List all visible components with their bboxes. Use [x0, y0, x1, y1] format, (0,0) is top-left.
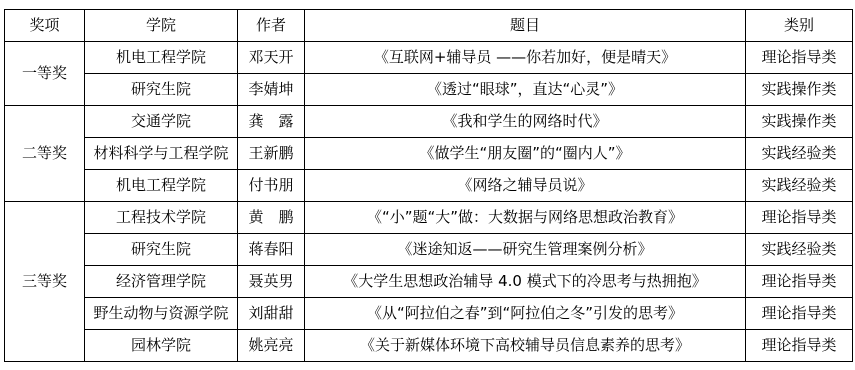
college-cell: 工程技术学院: [85, 202, 238, 234]
award-level: 三等奖: [5, 202, 85, 362]
title-cell: 《互联网+辅导员 ——你若加好，便是晴天》: [305, 42, 746, 74]
header-title: 题目: [305, 10, 746, 42]
author-cell: 付书朋: [238, 170, 305, 202]
category-cell: 理论指导类: [746, 202, 853, 234]
college-cell: 野生动物与资源学院: [85, 298, 238, 330]
table-row: 研究生院 李婧坤 《透过“眼球”，直达“心灵”》 实践操作类: [5, 74, 853, 106]
category-cell: 理论指导类: [746, 298, 853, 330]
header-author: 作者: [238, 10, 305, 42]
college-cell: 园林学院: [85, 330, 238, 362]
category-cell: 理论指导类: [746, 266, 853, 298]
award-level: 一等奖: [5, 42, 85, 106]
table-row: 经济管理学院 聂英男 《大学生思想政治辅导 4.0 模式下的冷思考与热拥抱》 理…: [5, 266, 853, 298]
awards-table: 奖项 学院 作者 题目 类别 一等奖 机电工程学院 邓天开 《互联网+辅导员 —…: [4, 9, 853, 362]
author-cell: 王新鹏: [238, 138, 305, 170]
title-cell: 《网络之辅导员说》: [305, 170, 746, 202]
author-cell: 邓天开: [238, 42, 305, 74]
category-cell: 理论指导类: [746, 42, 853, 74]
title-cell: 《做学生“朋友圈”的“圈内人”》: [305, 138, 746, 170]
table-row: 二等奖 交通学院 龚 露 《我和学生的网络时代》 实践操作类: [5, 106, 853, 138]
category-cell: 实践操作类: [746, 106, 853, 138]
category-cell: 实践操作类: [746, 74, 853, 106]
college-cell: 经济管理学院: [85, 266, 238, 298]
title-cell: 《透过“眼球”，直达“心灵”》: [305, 74, 746, 106]
table-row: 园林学院 姚亮亮 《关于新媒体环境下高校辅导员信息素养的思考》 理论指导类: [5, 330, 853, 362]
college-cell: 机电工程学院: [85, 42, 238, 74]
table-row: 研究生院 蒋春阳 《迷途知返——研究生管理案例分析》 实践经验类: [5, 234, 853, 266]
college-cell: 材料科学与工程学院: [85, 138, 238, 170]
header-college: 学院: [85, 10, 238, 42]
title-cell: 《从“阿拉伯之春”到“阿拉伯之冬”引发的思考》: [305, 298, 746, 330]
title-cell: 《关于新媒体环境下高校辅导员信息素养的思考》: [305, 330, 746, 362]
author-cell: 刘甜甜: [238, 298, 305, 330]
college-cell: 交通学院: [85, 106, 238, 138]
category-cell: 理论指导类: [746, 330, 853, 362]
college-cell: 研究生院: [85, 74, 238, 106]
author-cell: 姚亮亮: [238, 330, 305, 362]
table-row: 材料科学与工程学院 王新鹏 《做学生“朋友圈”的“圈内人”》 实践经验类: [5, 138, 853, 170]
author-cell: 蒋春阳: [238, 234, 305, 266]
header-category: 类别: [746, 10, 853, 42]
header-award: 奖项: [5, 10, 85, 42]
header-row: 奖项 学院 作者 题目 类别: [5, 10, 853, 42]
title-cell: 《“小”题“大”做：大数据与网络思想政治教育》: [305, 202, 746, 234]
title-cell: 《我和学生的网络时代》: [305, 106, 746, 138]
table-row: 三等奖 工程技术学院 黄 鹏 《“小”题“大”做：大数据与网络思想政治教育》 理…: [5, 202, 853, 234]
award-level: 二等奖: [5, 106, 85, 202]
category-cell: 实践经验类: [746, 234, 853, 266]
college-cell: 研究生院: [85, 234, 238, 266]
author-cell: 龚 露: [238, 106, 305, 138]
category-cell: 实践经验类: [746, 170, 853, 202]
author-cell: 黄 鹏: [238, 202, 305, 234]
college-cell: 机电工程学院: [85, 170, 238, 202]
author-cell: 李婧坤: [238, 74, 305, 106]
table-row: 野生动物与资源学院 刘甜甜 《从“阿拉伯之春”到“阿拉伯之冬”引发的思考》 理论…: [5, 298, 853, 330]
title-cell: 《大学生思想政治辅导 4.0 模式下的冷思考与热拥抱》: [305, 266, 746, 298]
table-row: 一等奖 机电工程学院 邓天开 《互联网+辅导员 ——你若加好，便是晴天》 理论指…: [5, 42, 853, 74]
category-cell: 实践经验类: [746, 138, 853, 170]
author-cell: 聂英男: [238, 266, 305, 298]
table-row: 机电工程学院 付书朋 《网络之辅导员说》 实践经验类: [5, 170, 853, 202]
title-cell: 《迷途知返——研究生管理案例分析》: [305, 234, 746, 266]
